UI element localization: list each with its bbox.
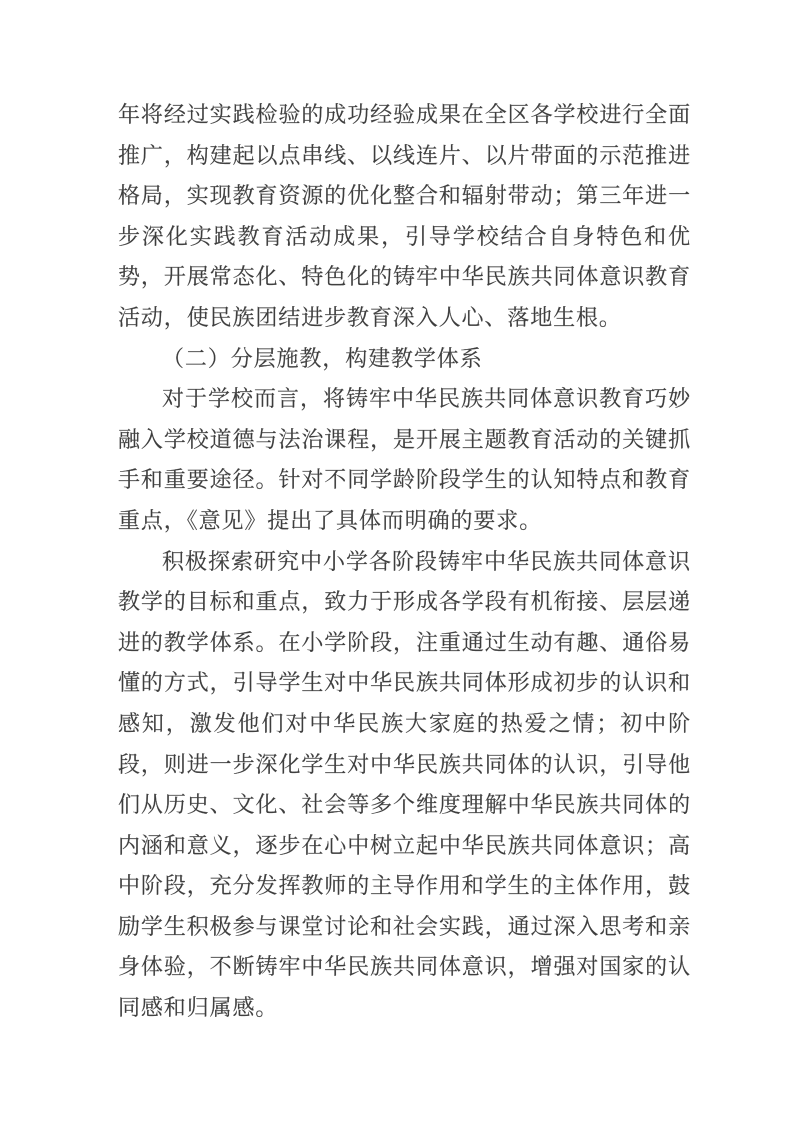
paragraph-body-2: 积极探索研究中小学各阶段铸牢中华民族共同体意识教学的目标和重点，致力于形成各学段… — [118, 542, 691, 1029]
paragraph-body-1: 对于学校而言，将铸牢中华民族共同体意识教育巧妙融入学校道德与法治课程，是开展主题… — [118, 379, 691, 541]
section-heading: （二）分层施教，构建教学体系 — [118, 339, 691, 380]
document-page: 年将经过实践检验的成功经验成果在全区各学校进行全面推广，构建起以点串线、以线连片… — [0, 0, 793, 1122]
document-body: 年将经过实践检验的成功经验成果在全区各学校进行全面推广，构建起以点串线、以线连片… — [118, 95, 691, 1029]
paragraph-continuation: 年将经过实践检验的成功经验成果在全区各学校进行全面推广，构建起以点串线、以线连片… — [118, 95, 691, 339]
